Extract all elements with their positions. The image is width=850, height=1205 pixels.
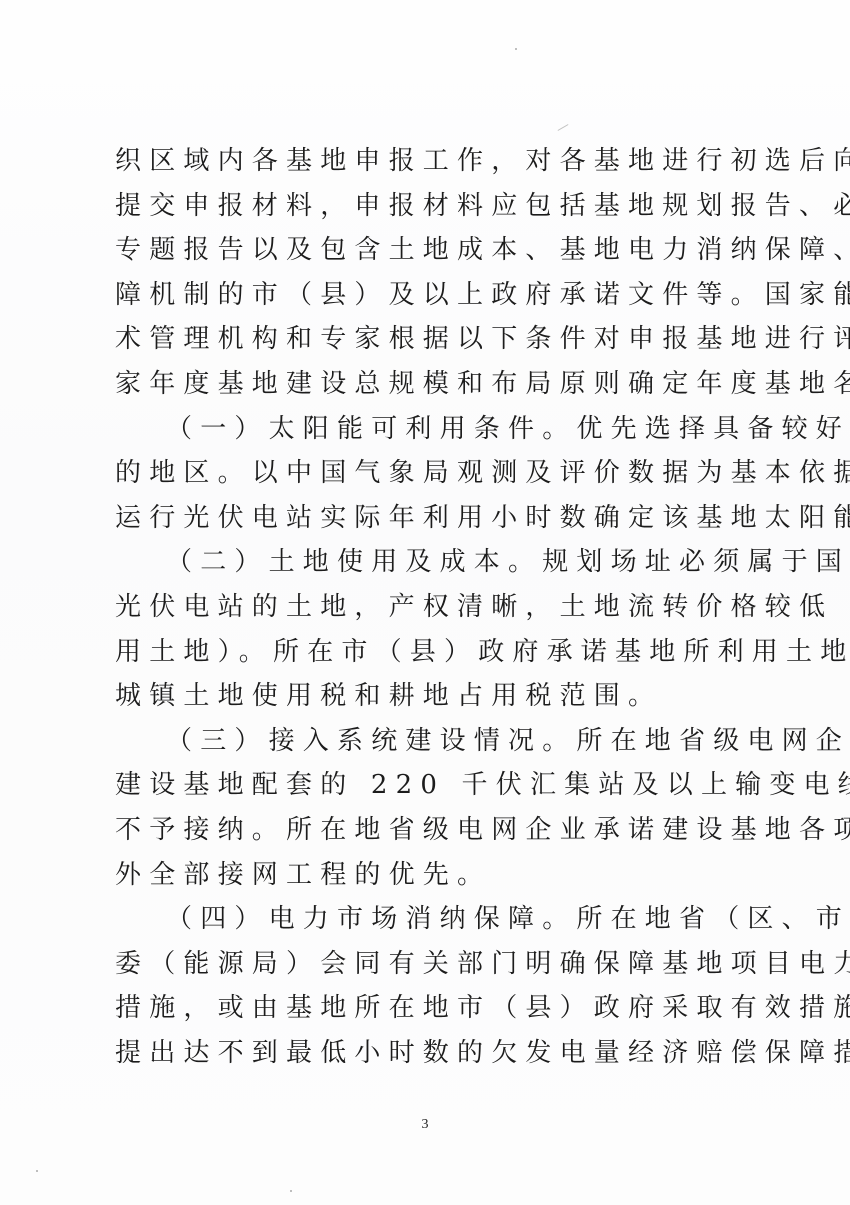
paragraph-line: 不予接纳。所在地省级电网企业承诺建设基地各项目升压站之 — [115, 808, 755, 853]
body-text: 织区域内各基地申报工作，对各基地进行初选后向国家能源局 提交申报材料，申报材料应… — [115, 139, 755, 1075]
scan-artifact — [36, 1170, 38, 1172]
paragraph-line: 城镇土地使用税和耕地占用税范围。 — [115, 674, 755, 719]
paragraph-line: 织区域内各基地申报工作，对各基地进行初选后向国家能源局 — [115, 139, 755, 184]
document-page: 织区域内各基地申报工作，对各基地进行初选后向国家能源局 提交申报材料，申报材料应… — [0, 0, 850, 1205]
paragraph-line: 障机制的市（县）及以上政府承诺文件等。国家能源局依托技 — [115, 273, 755, 318]
section-heading-line-1: （一）太阳能可利用条件。优先选择具备较好太阳能资源 — [115, 407, 755, 452]
paragraph-line: 光伏电站的土地，产权清晰，土地流转价格较低（或国有未利 — [115, 585, 755, 630]
paragraph-line: 家年度基地建设总规模和布局原则确定年度基地名单。 — [115, 362, 755, 407]
paragraph-line: 的地区。以中国气象局观测及评价数据为基本依据，结合现有 — [115, 451, 755, 496]
paragraph-line: 用土地）。所在市（县）政府承诺基地所利用土地属于不征收 — [115, 630, 755, 675]
paragraph-line: 专题报告以及包含土地成本、基地电力消纳保障、政府服务保 — [115, 228, 755, 273]
paragraph-line: 委（能源局）会同有关部门明确保障基地项目电力优先消纳的 — [115, 942, 755, 987]
paragraph-line: 术管理机构和专家根据以下条件对申报基地进行评价，根据国 — [115, 317, 755, 362]
scan-artifact — [515, 48, 517, 50]
section-heading-line-2: （二）土地使用及成本。规划场址必须属于国家允许建设 — [115, 540, 755, 585]
section-heading-line-4: （四）电力市场消纳保障。所在地省（区、市）发展改革 — [115, 897, 755, 942]
paragraph-line: 措施，或由基地所在地市（县）政府采取有效措施保障消纳， — [115, 986, 755, 1031]
section-heading-line-3: （三）接入系统建设情况。所在地省级电网企业承诺投资 — [115, 719, 755, 764]
page-number: 3 — [0, 1117, 850, 1133]
scan-artifact — [558, 124, 569, 131]
paragraph-line: 提交申报材料，申报材料应包括基地规划报告、必要的支撑性 — [115, 184, 755, 229]
paragraph-line: 外全部接网工程的优先。 — [115, 853, 755, 898]
paragraph-line: 运行光伏电站实际年利用小时数确定该基地太阳能可利用条件。 — [115, 496, 755, 541]
paragraph-line: 提出达不到最低小时数的欠发电量经济赔偿保障措施。 — [115, 1031, 755, 1076]
paragraph-line: 建设基地配套的 220 千伏汇集站及以上输变电线路，未承诺的 — [115, 763, 755, 808]
scan-artifact — [290, 1190, 292, 1192]
